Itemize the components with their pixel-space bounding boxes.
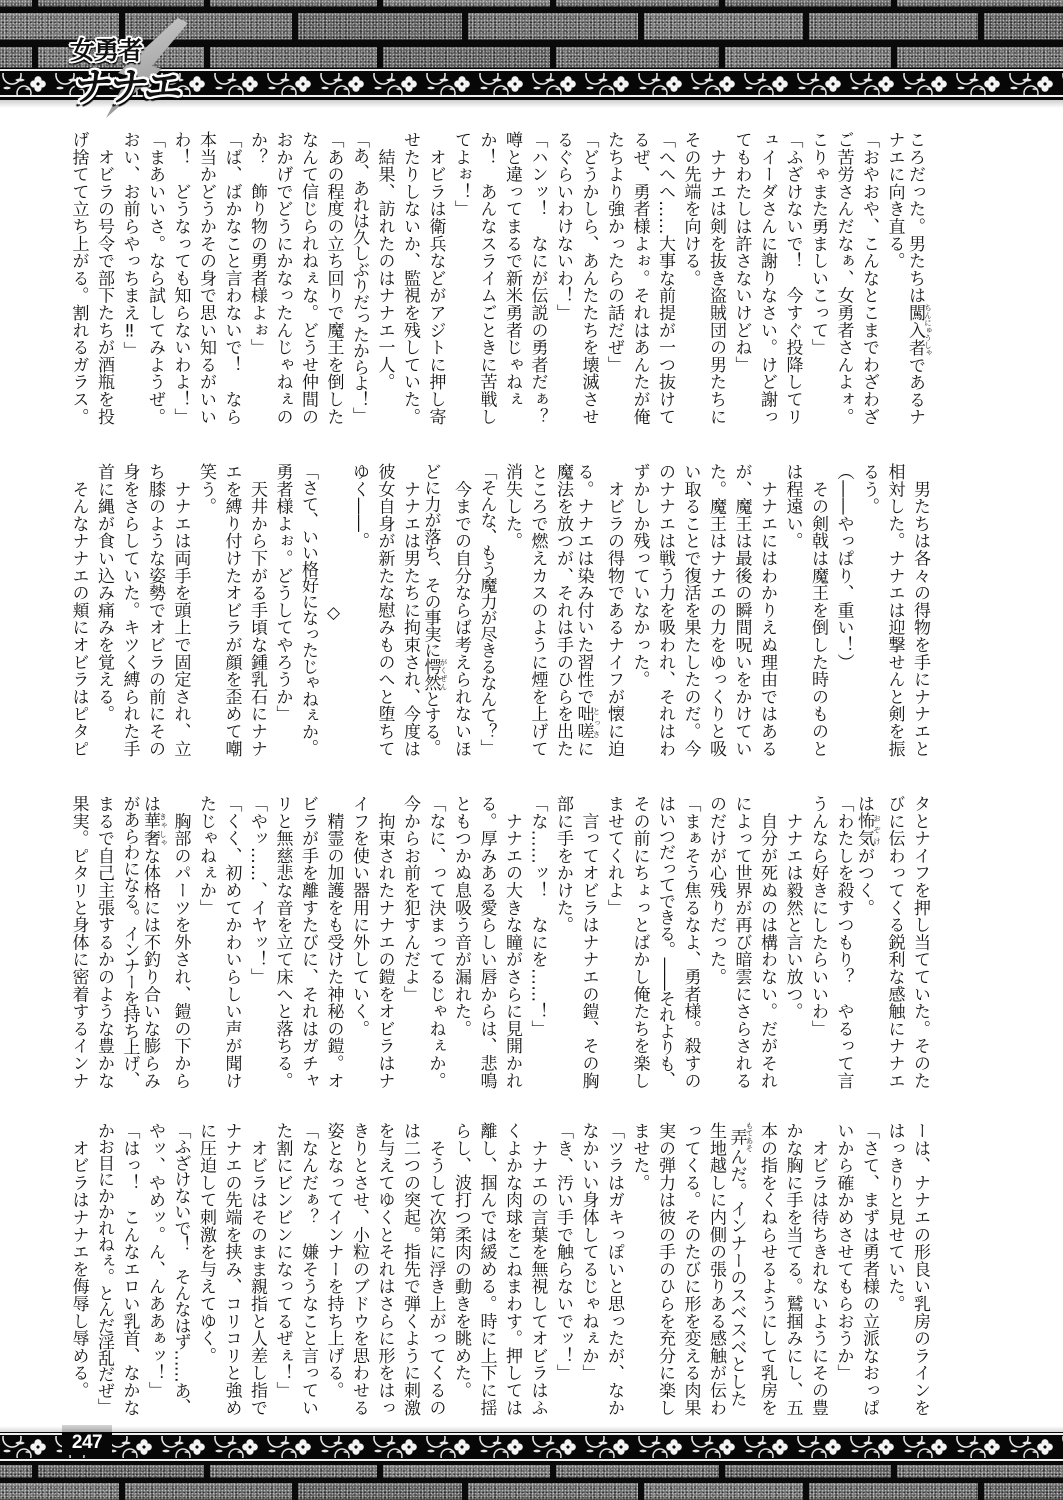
text-column: ナナエの先端を挟み、コリコリと強め: [218, 1122, 244, 1422]
text-column: かお目にかかれねぇ。とんだ淫乱だぜ」: [91, 1122, 117, 1422]
text-column: 精霊の加護をも受けた神秘の鎧。オ: [320, 795, 346, 1095]
brick: [383, 0, 550, 7]
text-column: 「さて、まずは勇者様の立派なおっぱ: [856, 1122, 882, 1422]
text-column: は華奢きゃしゃな体格には不釣り合いな膨らみ: [142, 795, 168, 1095]
text-column: は程遠い。: [779, 463, 805, 763]
text-column: 「はっ！ こんなエロい乳首、なかな: [116, 1122, 142, 1422]
ruby-base: 愕然: [421, 658, 441, 691]
text-segment: は: [140, 795, 160, 812]
brick: [644, 1483, 803, 1500]
brick: [897, 0, 1063, 7]
text-column: うんなら好きにしたらいいわ」: [805, 795, 831, 1095]
text-column: 今からお前を犯すんだよ」: [397, 795, 423, 1095]
text-column: ナナエは両手を頭上で固定され、立: [167, 463, 193, 763]
ruby-base: 咄嗟: [574, 705, 594, 740]
brick: [298, 1483, 462, 1500]
text-column: を与えてゆくとそれはさらに形をはっ: [371, 1122, 397, 1422]
band-line: [0, 1459, 1063, 1461]
text-segment: る。ナナエは染み付いた習性で: [574, 463, 594, 705]
text-column: ずかしか残っていなかった。: [626, 463, 652, 763]
text-column: 「なに、って決まってるじゃねぇか。: [422, 795, 448, 1095]
text-column: 身をさらしていた。キツく縛られた手: [116, 463, 142, 763]
ruby-annotation: 闖入者ちんにゅうしゃ: [905, 304, 925, 356]
ruby-text: がくぜん: [439, 658, 448, 691]
text-column: のだけが心残りだった。: [703, 795, 729, 1095]
ruby-annotation: 咄嗟とっさ: [574, 705, 594, 740]
text-column: 胸部のパーツを外され、鎧の下から: [167, 795, 193, 1095]
text-column: 「ふざけないで！ 今すぐ投降してリ: [779, 131, 805, 431]
brick: [556, 0, 719, 7]
ruby-text: とっさ: [592, 705, 601, 740]
text-column: があらわになる。インナーを持ち上げ、: [116, 795, 142, 1095]
text-column: オビラの得物であるナイフが懐に迫: [601, 463, 627, 763]
text-segment: は: [854, 795, 874, 812]
scene-break-diamond: ◇: [320, 463, 346, 763]
text-column: そんなナナエの頬にオビラはピタピ: [65, 463, 91, 763]
text-column: 「ハンッ！ なにが伝説の勇者だぁ？: [524, 131, 550, 431]
text-column: やッ、やめッ。ん、んああぁッ！」: [142, 1122, 168, 1422]
text-column: 弄もてあそんだ。インナーのスベスベとした: [728, 1122, 754, 1422]
text-column: 「おやおや、こんなとこまでわざわざ: [856, 131, 882, 431]
text-column: わ！ どうなっても知らないわよ！」: [167, 131, 193, 431]
text-column: 「き、汚い手で触らないでッ！」: [550, 1122, 576, 1422]
text-column: 笑う。: [193, 463, 219, 763]
text-column: かな胸に手を当てる。鷲掴みにし、五: [779, 1122, 805, 1422]
floral-vine-pattern: [0, 1436, 1063, 1458]
ruby-base: 闖入者: [905, 304, 925, 357]
text-column: たちより強かったらの話だぜ」: [601, 131, 627, 431]
brick: [897, 1465, 1063, 1478]
text-column: ビラが手を離すたびに、それはガチャ: [295, 795, 321, 1095]
ruby-annotation: 華奢きゃしゃ: [140, 812, 160, 847]
brick: [210, 0, 377, 7]
text-column: 「くく、初めてかわいらしい声が聞け: [218, 795, 244, 1095]
text-column: た割にビンビンになってるぜぇ！」: [269, 1122, 295, 1422]
brick: [210, 1465, 377, 1478]
text-column: 自分が死ぬのは構わない。だがそれ: [754, 795, 780, 1095]
text-column: どに力が落ち、その事実に愕然がくぜんとする。: [422, 463, 448, 763]
brick: [38, 1465, 204, 1478]
text-column: たじゃねぇか」: [193, 795, 219, 1095]
ruby-annotation: 愕然がくぜん: [421, 658, 441, 691]
text-column: い取ることで復活を果たしたのだ。今: [677, 463, 703, 763]
text-column: ち膝のような姿勢でオビラの前にその: [142, 463, 168, 763]
brick: [984, 13, 1063, 40]
text-segment: な体格には不釣り合いな膨らみ: [140, 847, 160, 1089]
text-column: ませてくれよ」: [601, 795, 627, 1095]
text-column: ュイーダさんに謝りなさい。けど謝っ: [754, 131, 780, 431]
text-segment: ころだった。男たちは: [905, 131, 925, 304]
text-column: その先端を向ける。: [677, 131, 703, 431]
text-column: る。ナナエは染み付いた習性で咄嗟とっさに: [575, 463, 601, 763]
text-column: ころだった。男たちは闖入者ちんにゅうしゃであるナ: [907, 131, 933, 431]
page-number: 247: [67, 1433, 107, 1453]
text-column: 首に縄が食い込み痛みを覚える。: [91, 463, 117, 763]
brick: [897, 47, 1063, 68]
brick: [556, 1465, 719, 1478]
text-column: おい、お前らやっちまえ‼」: [116, 131, 142, 431]
text-column: せたりしないか、監視を残していた。: [397, 131, 423, 431]
text-column: 本の指をくねらせるようにして乳房を: [754, 1122, 780, 1422]
text-column: 噂と違ってまるで新米勇者じゃねぇ: [499, 131, 525, 431]
text-column: なんて信じられねぇな。どうせ仲間の: [295, 131, 321, 431]
text-column: 勇者様よぉ。どうしてやろうか」: [269, 463, 295, 763]
text-column: 魔法を放つが、それは手のひらを出た: [550, 463, 576, 763]
text-column: てもわたしは許さないけどね」: [728, 131, 754, 431]
text-column: らし、波打つ柔肉の動きを眺めた。: [448, 1122, 474, 1422]
text-column: ところで燃えカスのように煙を上げて: [524, 463, 550, 763]
brick: [725, 47, 891, 68]
text-column: 「あ、あれは久しぶりだったからよ！」: [346, 131, 372, 431]
ruby-base: 華奢: [140, 812, 160, 847]
brick: [383, 1465, 550, 1478]
brick: [556, 47, 719, 68]
text-tier-3: タとナイフを押し当てていた。そのた びに伝わってくる鋭利な感触にナナエ は怖気お…: [65, 795, 932, 1095]
brick: [725, 1465, 891, 1478]
text-column: びに伝わってくる鋭利な感触にナナエ: [881, 795, 907, 1095]
text-column: 「さて、いい格好になったじゃねぇか。: [295, 463, 321, 763]
text-column: 消失した。: [499, 463, 525, 763]
text-column: 離し、掴んでは緩める。時に上下に揺: [473, 1122, 499, 1422]
text-column: 彼女自身が新たな慰みものへと堕ちて: [371, 463, 397, 763]
text-column: ってくる。そのたびに形を変える肉果: [677, 1122, 703, 1422]
logo-title: ナナエ: [71, 56, 183, 112]
text-column: によって世界が再び暗雲にさらされる: [728, 795, 754, 1095]
ruby-annotation: 怖気おぞけ: [854, 812, 874, 847]
text-tier-4: ーは、ナナエの形良い乳房のラインを はっきりと見せていた。 「さて、まずは勇者様…: [65, 1122, 932, 1422]
band-line: [0, 1433, 1063, 1435]
text-column: オビラはそのまま親指と人差し指で: [244, 1122, 270, 1422]
brick: [644, 13, 803, 40]
text-column: ナナエの言葉を無視してオビラはふ: [524, 1122, 550, 1422]
brick: [125, 1483, 292, 1500]
text-column: きりとさせ、小粒のブドウを思わせる: [346, 1122, 372, 1422]
text-column: 「そんな、もう魔力が尽きるなんて？」: [473, 463, 499, 763]
brick: [210, 47, 377, 68]
text-column: その剣戟は魔王を倒した時のものと: [805, 463, 831, 763]
text-column: まるで自己主張するかのような豊かな: [91, 795, 117, 1095]
brick: [809, 13, 978, 40]
text-tier-1: ころだった。男たちは闖入者ちんにゅうしゃであるナ ナエに向き直る。 「おやおや、…: [65, 131, 932, 431]
text-column: 拘束されたナナエの鎧をオビラはナ: [371, 795, 397, 1095]
text-column: るぜ、勇者様よぉ。それはあんたが俺: [626, 131, 652, 431]
text-column: ご苦労さんだなぁ、女勇者さんよォ。: [830, 131, 856, 431]
text-column: 「ツラはガキっぽいと思ったが、なか: [601, 1122, 627, 1422]
text-column: 「どうかしら、あんたたちを壊滅させ: [575, 131, 601, 431]
text-column: が、魔王は最後の瞬間呪いをかけてい: [728, 463, 754, 763]
text-column: イフを使い器用に外していく。: [346, 795, 372, 1095]
text-column: 部に手をかけた。: [550, 795, 576, 1095]
text-column: いから確かめさせてもらおうか」: [830, 1122, 856, 1422]
text-column: くよかな肉球をこねまわす。押しては: [499, 1122, 525, 1422]
text-column: る。厚みある愛らしい唇からは、悲鳴: [473, 795, 499, 1095]
text-column: おかげでどうにかなったんじゃねぇの: [269, 131, 295, 431]
text-column: げ捨てて立ち上がる。割れるガラス。: [65, 131, 91, 431]
text-column: るう。: [856, 463, 882, 763]
text-segment: んだ。インナーのスベスベとした: [727, 1148, 747, 1408]
text-column: 「まぁそう焦るなよ、勇者様。殺すの: [677, 795, 703, 1095]
text-column: はっきりと見せていた。: [881, 1122, 907, 1422]
text-column: 言ってオビラはナナエの鎧、その胸: [575, 795, 601, 1095]
text-column: た。魔王はナナエの力をゆっくりと吸: [703, 463, 729, 763]
text-column: 「なんだぁ？ 嫌そうなこと言ってい: [295, 1122, 321, 1422]
text-column: なかいい身体してるじゃねぇか」: [575, 1122, 601, 1422]
text-segment: がつく。: [854, 847, 874, 916]
text-column: 「まあいいさ。なら試してみようぜ。: [142, 131, 168, 431]
brick: [38, 0, 204, 7]
text-column: は怖気おぞけがつく。: [856, 795, 882, 1095]
ruby-annotation: 弄もてあそ: [727, 1122, 747, 1148]
text-column: ゆく――。: [346, 463, 372, 763]
text-tier-2: 男たちは各々の得物を手にナナエと 相対した。ナナエは迎撃せんと剣を振 るう。 （…: [65, 463, 932, 763]
text-column: ナナエは毅然と言い放つ。: [779, 795, 805, 1095]
ruby-text: おぞけ: [873, 812, 882, 847]
brick: [725, 0, 891, 7]
text-segment: どに力が落ち、その事実に: [421, 463, 441, 658]
brick: [0, 0, 32, 7]
text-column: こりゃまた勇ましいこって」: [805, 131, 831, 431]
text-column: のナナエは戦う力を吸われ、それはわ: [652, 463, 678, 763]
text-column: 「わたしを殺すつもり？ やるって言: [830, 795, 856, 1095]
text-column: ナナエは剣を抜き盗賊団の男たちに: [703, 131, 729, 431]
text-column: オビラは衛兵などがアジトに押し寄: [422, 131, 448, 431]
text-column: 今までの自分ならば考えられないほ: [448, 463, 474, 763]
brick: [984, 1483, 1063, 1500]
text-column: 結果、訪れたのはナナエ一人。: [371, 131, 397, 431]
text-column: 果実。ピタリと身体に密着するインナ: [65, 795, 91, 1095]
text-column: ナナエは男たちに拘束され、今度は: [397, 463, 423, 763]
text-column: 本当かどうかその身で思い知るがいい: [193, 131, 219, 431]
text-column: てよぉ！」: [448, 131, 474, 431]
ruby-text: もてあそ: [745, 1122, 754, 1152]
text-column: に圧迫して刺激を与えてゆく。: [193, 1122, 219, 1422]
ruby-base: 怖気: [854, 812, 874, 847]
text-column: エを縛り付けたオビラが顔を歪めて嘲: [218, 463, 244, 763]
text-column: 男たちは各々の得物を手にナナエと: [907, 463, 933, 763]
text-column: か？ 飾り物の勇者様よぉ」: [244, 131, 270, 431]
text-column: その前にちょっとばかし俺たちを楽し: [626, 795, 652, 1095]
text-column: 天井から下がる手頃な鍾乳石にナナ: [244, 463, 270, 763]
text-segment: とする。: [421, 691, 441, 756]
text-column: オビラの号令で部下たちが酒瓶を投: [91, 131, 117, 431]
text-column: 生地越しに内側の張りある感触が伝わ: [703, 1122, 729, 1422]
text-column: るぐらいわけないわ！」: [550, 131, 576, 431]
text-column: ーは、ナナエの形良い乳房のラインを: [907, 1122, 933, 1422]
footer-ornament-band: [0, 1432, 1063, 1463]
text-column: は二つの突起。指先で弾くように刺激: [397, 1122, 423, 1422]
text-column: ナナエの大きな瞳がさらに見開かれ: [499, 795, 525, 1095]
text-column: 「ふざけないで！ そんなはず……あ、: [167, 1122, 193, 1422]
text-column: オビラはナナエを侮辱し辱める。: [65, 1122, 91, 1422]
text-column: 「あの程度の立ち回りで魔王を倒した: [320, 131, 346, 431]
text-column: 「ば、ばかなこと言わないで！ なら: [218, 131, 244, 431]
brick: [125, 13, 292, 40]
text-column: タとナイフを押し当てていた。そのた: [907, 795, 933, 1095]
text-column: （――やっぱり、重い！）: [830, 463, 856, 763]
text-column: はいつだってできる。――それよりも、: [652, 795, 678, 1095]
text-column: 「へへへ……大事な前提が一つ抜けて: [652, 131, 678, 431]
text-segment: であるナ: [905, 356, 925, 425]
text-column: 姿となってインナーを持ち上げる。: [320, 1122, 346, 1422]
text-column: 「やッ……、イヤッ！」: [244, 795, 270, 1095]
text-column: オビラは待ちきれないようにその豊: [805, 1122, 831, 1422]
text-column: 実の弾力は彼の手のひらを充分に楽し: [652, 1122, 678, 1422]
text-column: 「な……ッ！ なにを……！」: [524, 795, 550, 1095]
text-column: 相対した。ナナエは迎撃せんと剣を振: [881, 463, 907, 763]
brick: [468, 1483, 638, 1500]
text-column: リと無慈悲な音を立て床へと落ちる。: [269, 795, 295, 1095]
text-column: ともつかぬ息吸う音が漏れた。: [448, 795, 474, 1095]
brick: [468, 13, 638, 40]
brick: [298, 13, 462, 40]
text-segment: に: [574, 740, 594, 757]
text-column: か！ あんなスライムごときに苦戦し: [473, 131, 499, 431]
ruby-text: ちんにゅうしゃ: [924, 304, 933, 357]
ruby-text: きゃしゃ: [159, 812, 168, 847]
text-column: ませた。: [626, 1122, 652, 1422]
text-column: ナナエにはわかりえぬ理由ではある: [754, 463, 780, 763]
text-column: そうして次第に浮き上がってくるの: [422, 1122, 448, 1422]
brick: [0, 1465, 32, 1478]
brick: [383, 47, 550, 68]
brick: [0, 1483, 119, 1500]
brick: [809, 1483, 978, 1500]
brick: [0, 47, 32, 68]
